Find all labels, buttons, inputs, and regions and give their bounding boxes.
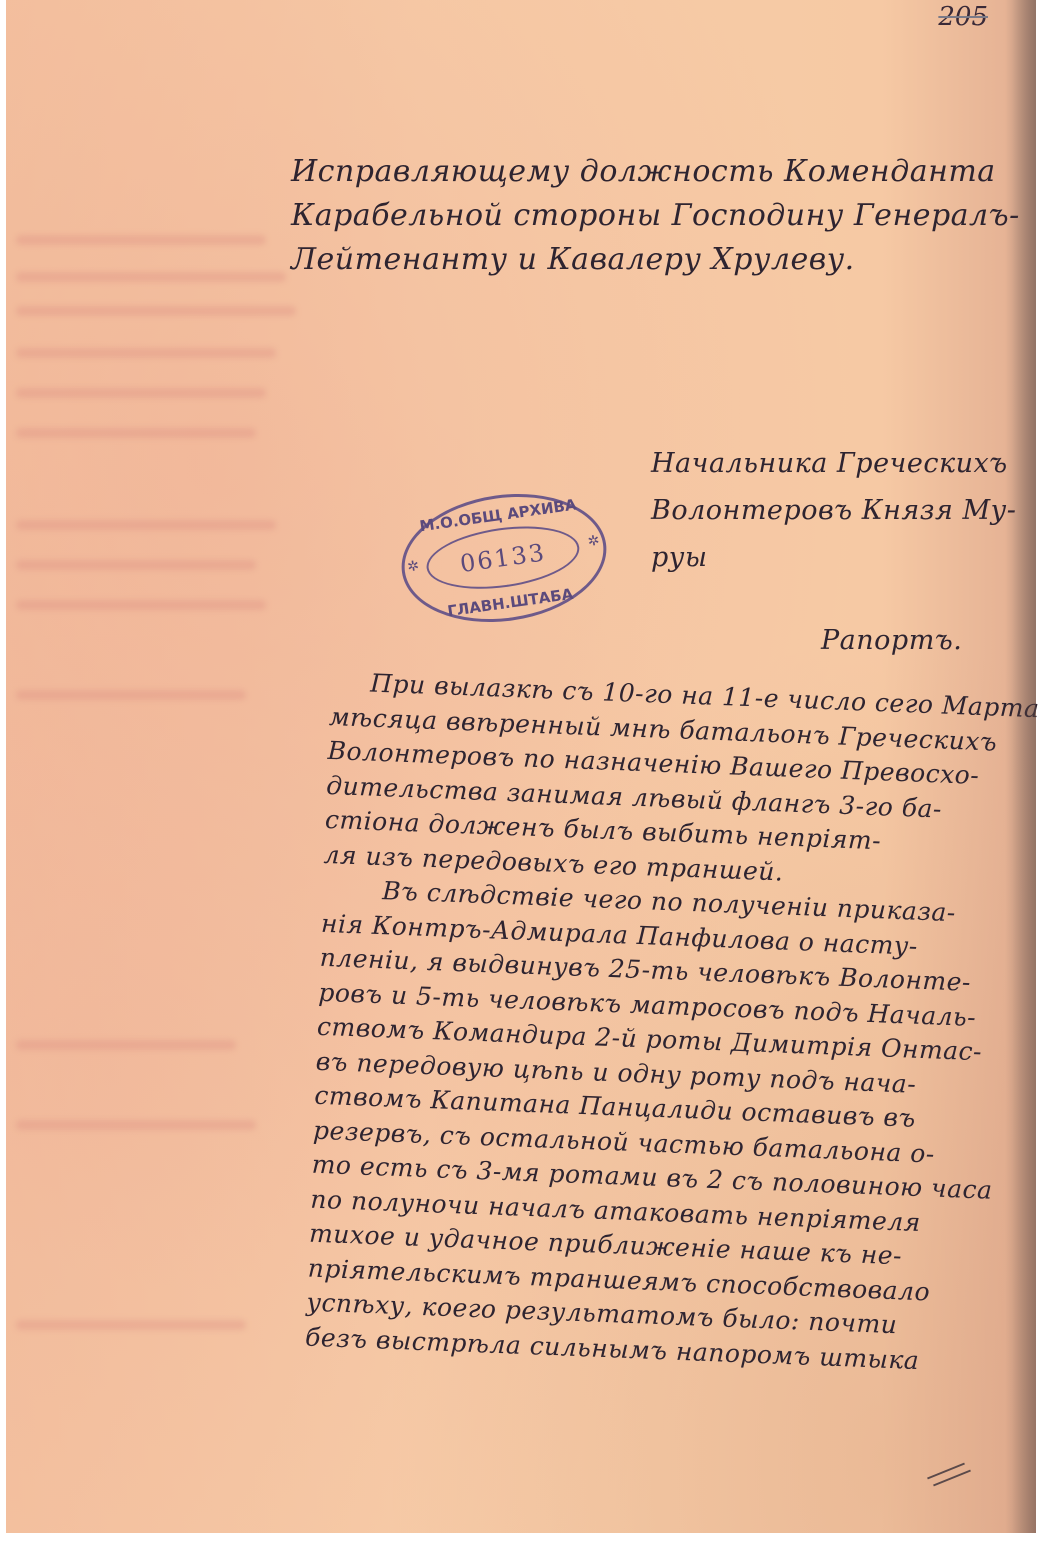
bleed-through-text — [16, 690, 246, 700]
address-line: Лейтенанту и Кавалеру Хрулеву. — [291, 238, 1020, 282]
sender-line: Начальника Греческихъ — [651, 440, 1016, 487]
bleed-through-text — [16, 235, 266, 245]
archive-stamp: М.О.ОБЩ АРХИВА ✲ 06133 ✲ ГЛАВН.ШТАБА — [393, 481, 615, 634]
manuscript-page: 205 Исправляющему должность Коменданта К… — [6, 0, 1036, 1533]
bleed-through-text — [16, 1320, 246, 1330]
bleed-through-text — [16, 560, 256, 570]
address-line: Исправляющему должность Коменданта — [291, 150, 1020, 194]
address-line: Карабельной стороны Господину Генералъ- — [291, 194, 1020, 238]
bleed-through-text — [16, 1120, 256, 1130]
stamp-bottom-text: ГЛАВН.ШТАБА — [410, 580, 611, 626]
sender-line: Волонтеровъ Князя Му- — [651, 487, 1016, 534]
star-icon: ✲ — [406, 558, 420, 575]
bleed-through-text — [16, 1040, 236, 1050]
bleed-through-text — [16, 272, 286, 282]
sender-block: Начальника Греческихъ Волонтеровъ Князя … — [651, 440, 1016, 581]
folio-number: 205 — [938, 2, 988, 32]
bleed-through-text — [16, 348, 276, 358]
bleed-through-text — [16, 520, 276, 530]
sender-line: руы — [651, 534, 1016, 581]
address-block: Исправляющему должность Коменданта Караб… — [291, 150, 1020, 282]
bleed-through-text — [16, 428, 256, 438]
bleed-through-text — [16, 388, 266, 398]
bleed-through-text — [16, 306, 296, 316]
report-body: При вылазкѣ съ 10-го на 11-е число сего … — [305, 665, 1041, 1382]
document-title: Рапортъ. — [821, 625, 962, 656]
star-icon: ✲ — [587, 533, 601, 550]
pen-mark — [927, 1463, 965, 1480]
bleed-through-text — [16, 600, 266, 610]
